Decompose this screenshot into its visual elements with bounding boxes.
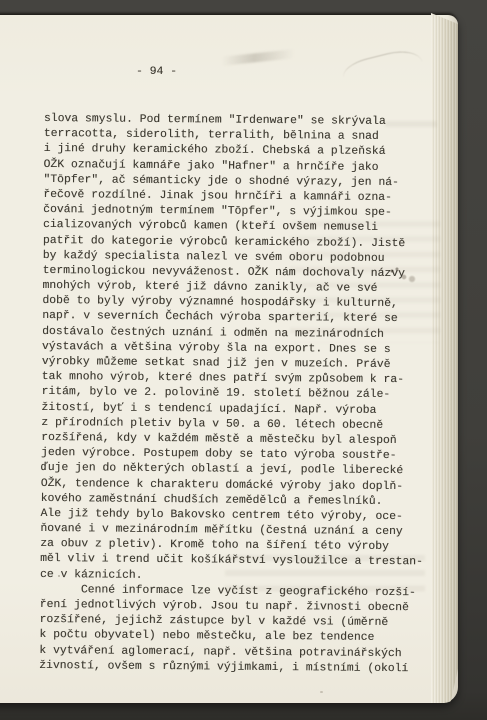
pencil-scribble xyxy=(341,46,424,86)
smudge xyxy=(222,49,295,65)
book-page: - 94 - slova smyslu. Pod termínem "Irden… xyxy=(0,15,458,703)
page-text: slova smyslu. Pod termínem "Irdenware" s… xyxy=(39,112,424,677)
dust-speck xyxy=(320,691,323,693)
text-line: živností, ovšem s různými výjimkami, i m… xyxy=(39,659,419,678)
scanned-page: - 94 - slova smyslu. Pod termínem "Irden… xyxy=(0,0,487,720)
page-stack-edge xyxy=(431,13,458,703)
page-number: - 94 - xyxy=(136,65,177,79)
